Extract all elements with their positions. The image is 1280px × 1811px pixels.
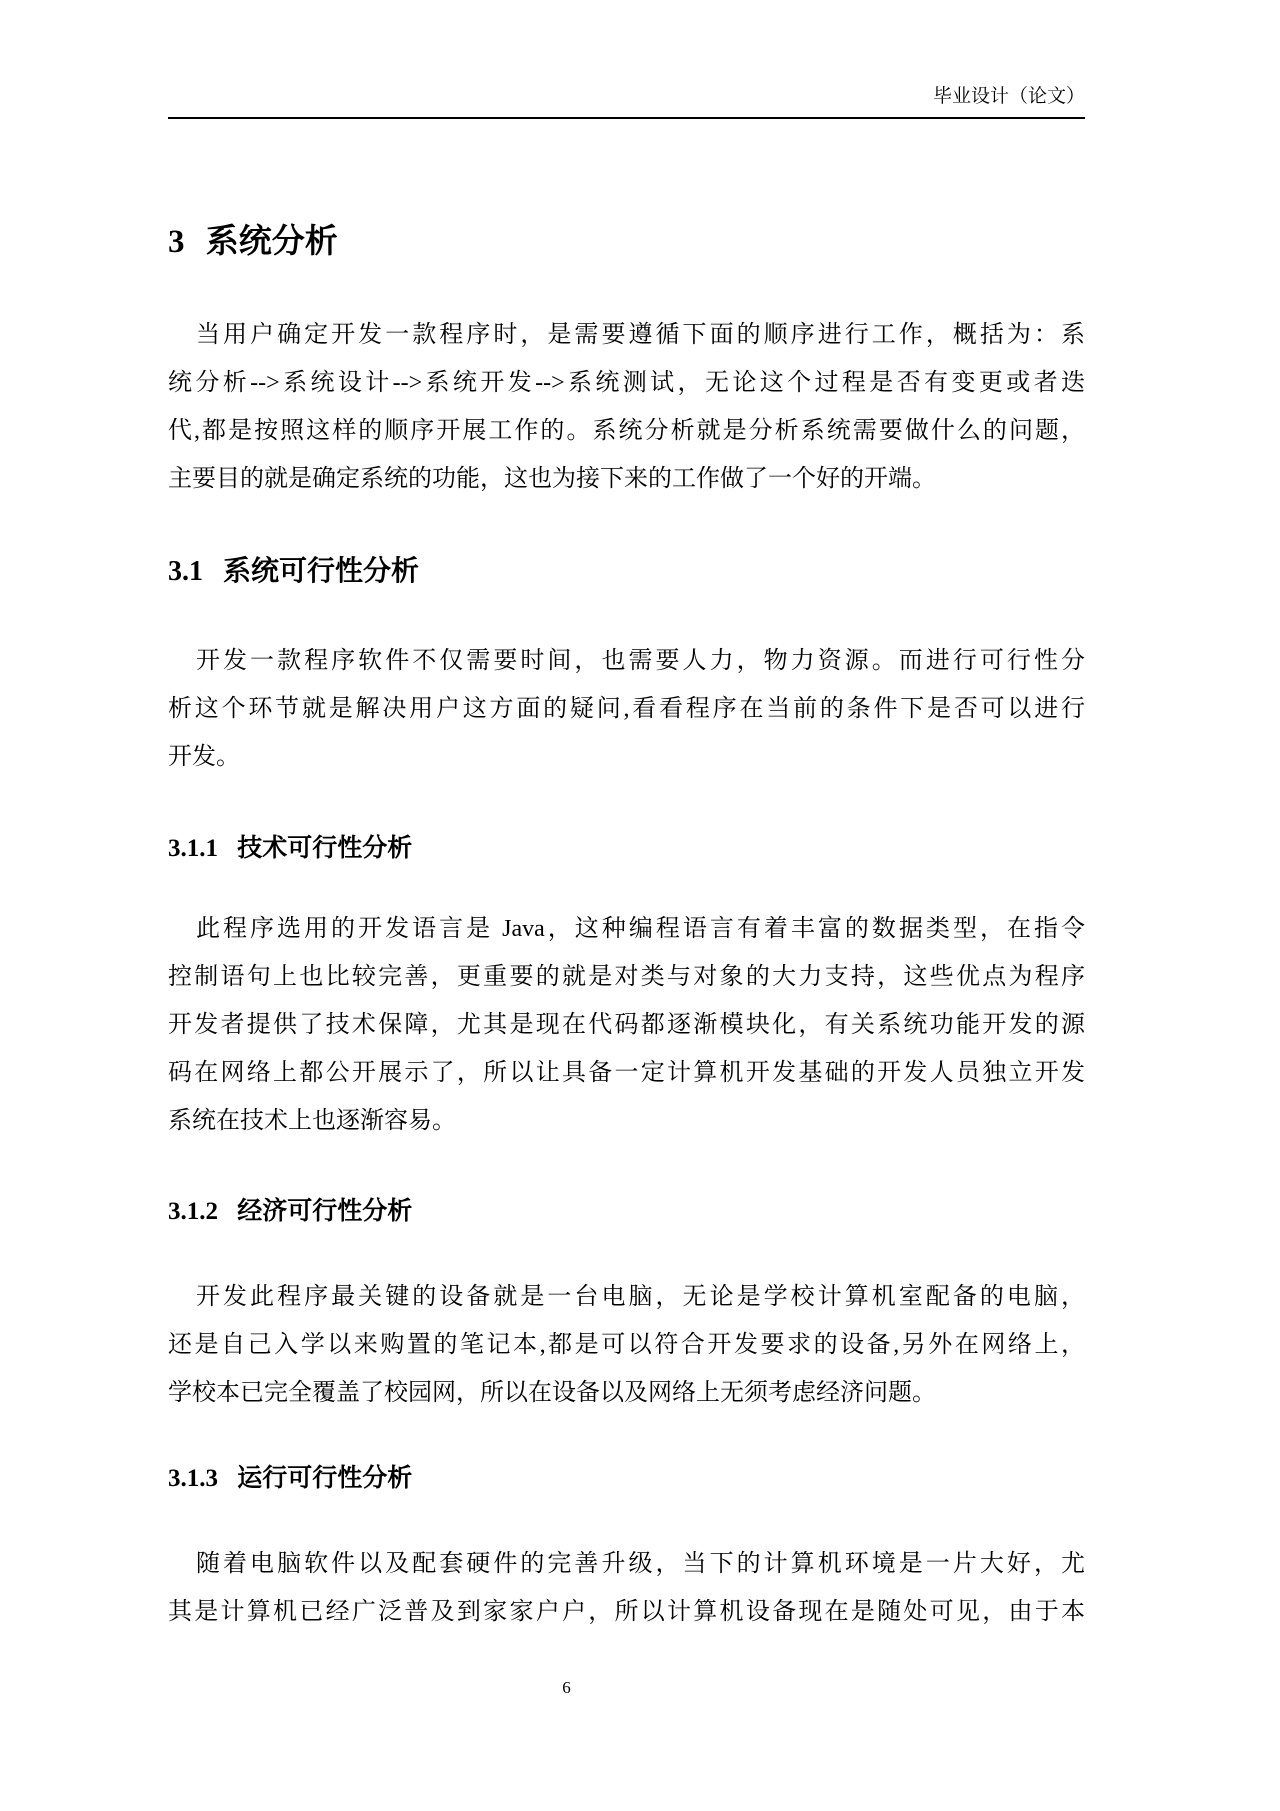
subsection-title: 技术可行性分析 <box>237 834 412 862</box>
section-number: 3.1 <box>168 556 203 587</box>
chapter-title: 系统分析 <box>206 222 338 259</box>
paragraph: 随着电脑软件以及配套硬件的完善升级，当下的计算机环境是一片大好，尤 其是计算机已… <box>168 1540 1085 1636</box>
paragraph-line: 随着电脑软件以及配套硬件的完善升级，当下的计算机环境是一片大好，尤 <box>168 1540 1085 1588</box>
subsection-title: 经济可行性分析 <box>237 1197 412 1225</box>
page-number: 6 <box>562 1678 571 1697</box>
subsection-heading: 3.1.1 技术可行性分析 <box>168 832 1085 865</box>
chapter-number: 3 <box>168 224 185 260</box>
subsection-heading: 3.1.3 运行可行性分析 <box>168 1462 1085 1495</box>
document-page: 毕业设计（论文） 3 系统分析 当用户确定开发一款程序时，是需要遵循下面的顺序进… <box>0 0 1280 1811</box>
paragraph-line: 代,都是按照这样的顺序开展工作的。系统分析就是分析系统需要做什么的问题， <box>168 407 1085 455</box>
paragraph-line: 学校本已完全覆盖了校园网，所以在设备以及网络上无须考虑经济问题。 <box>168 1369 1085 1417</box>
subsection-heading: 3.1.2 经济可行性分析 <box>168 1195 1085 1228</box>
paragraph: 当用户确定开发一款程序时，是需要遵循下面的顺序进行工作，概括为：系 统分析-->… <box>168 311 1085 503</box>
section-heading: 3.1 系统可行性分析 <box>168 553 1085 590</box>
paragraph: 开发一款程序软件不仅需要时间，也需要人力，物力资源。而进行可行性分 析这个环节就… <box>168 637 1085 781</box>
paragraph-line: 此程序选用的开发语言是 Java，这种编程语言有着丰富的数据类型，在指令 <box>168 905 1085 953</box>
paragraph-line: 开发一款程序软件不仅需要时间，也需要人力，物力资源。而进行可行性分 <box>168 637 1085 685</box>
paragraph: 开发此程序最关键的设备就是一台电脑，无论是学校计算机室配备的电脑， 还是自己入学… <box>168 1273 1085 1417</box>
paragraph-line: 开发此程序最关键的设备就是一台电脑，无论是学校计算机室配备的电脑， <box>168 1273 1085 1321</box>
paragraph-line: 析这个环节就是解决用户这方面的疑问,看看程序在当前的条件下是否可以进行 <box>168 685 1085 733</box>
subsection-title: 运行可行性分析 <box>237 1464 412 1492</box>
paragraph-line: 开发。 <box>168 733 1085 781</box>
subsection-number: 3.1.2 <box>168 1198 218 1225</box>
page-header: 毕业设计（论文） <box>168 0 1085 119</box>
page-content: 3 系统分析 当用户确定开发一款程序时，是需要遵循下面的顺序进行工作，概括为：系… <box>168 221 1085 1636</box>
paragraph-line: 码在网络上都公开展示了，所以让具备一定计算机开发基础的开发人员独立开发 <box>168 1049 1085 1097</box>
paragraph: 此程序选用的开发语言是 Java，这种编程语言有着丰富的数据类型，在指令 控制语… <box>168 905 1085 1145</box>
paragraph-line: 主要目的就是确定系统的功能，这也为接下来的工作做了一个好的开端。 <box>168 455 1085 503</box>
paragraph-line: 开发者提供了技术保障，尤其是现在代码都逐渐模块化，有关系统功能开发的源 <box>168 1001 1085 1049</box>
subsection-number: 3.1.1 <box>168 835 218 862</box>
page-footer: 6 <box>168 1678 1085 1698</box>
chapter-heading: 3 系统分析 <box>168 221 1085 262</box>
paragraph-line: 统分析-->系统设计-->系统开发-->系统测试，无论这个过程是否有变更或者迭 <box>168 359 1085 407</box>
subsection-number: 3.1.3 <box>168 1465 218 1492</box>
section-title: 系统可行性分析 <box>223 555 419 586</box>
paragraph-line: 系统在技术上也逐渐容易。 <box>168 1097 1085 1145</box>
page-header-title: 毕业设计（论文） <box>933 86 1085 107</box>
paragraph-line: 控制语句上也比较完善，更重要的就是对类与对象的大力支持，这些优点为程序 <box>168 953 1085 1001</box>
paragraph-line: 当用户确定开发一款程序时，是需要遵循下面的顺序进行工作，概括为：系 <box>168 311 1085 359</box>
paragraph-line: 还是自己入学以来购置的笔记本,都是可以符合开发要求的设备,另外在网络上， <box>168 1321 1085 1369</box>
paragraph-line: 其是计算机已经广泛普及到家家户户，所以计算机设备现在是随处可见，由于本 <box>168 1588 1085 1636</box>
